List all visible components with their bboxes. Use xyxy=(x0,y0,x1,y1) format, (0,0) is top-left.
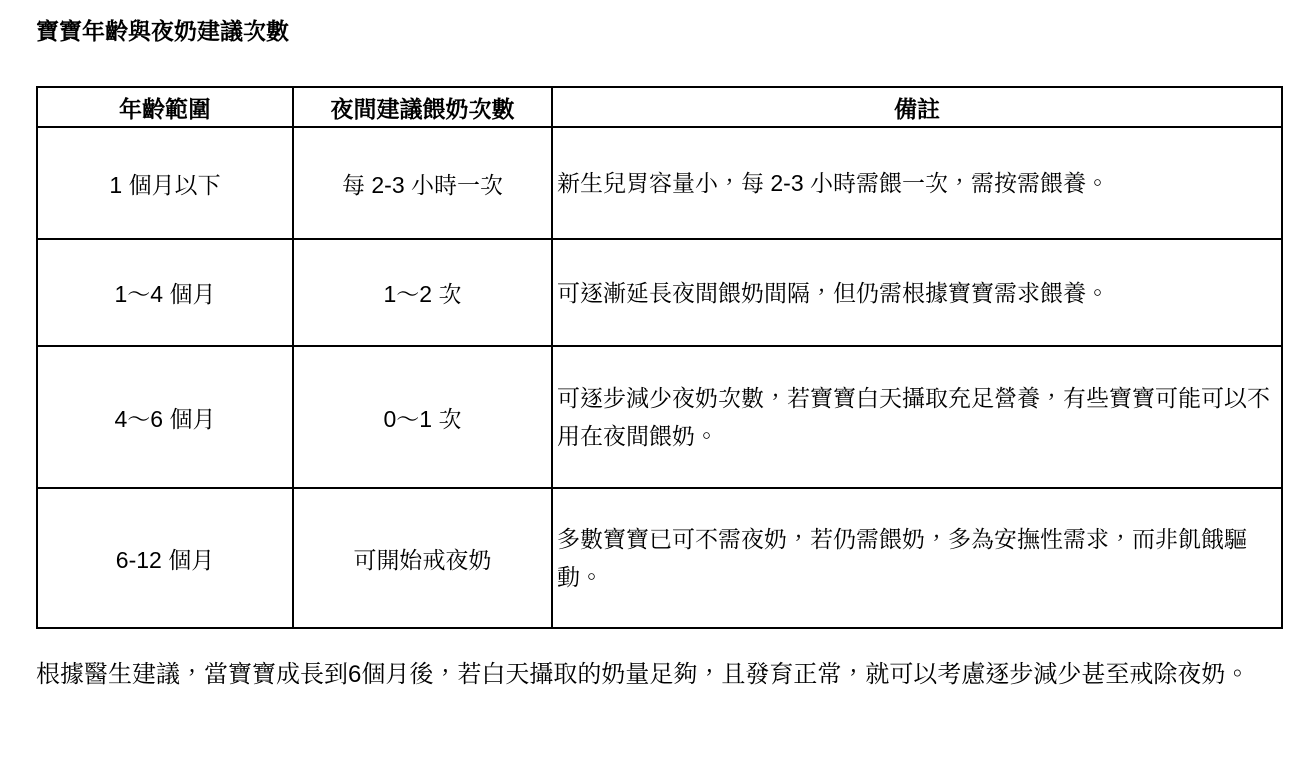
document-page: 寶寶年齡與夜奶建議次數 年齡範圍 夜間建議餵奶次數 備註 1 個月以下 每 2-… xyxy=(0,0,1316,762)
page-title: 寶寶年齡與夜奶建議次數 xyxy=(36,16,1281,46)
frequency-cell: 0～1 次 xyxy=(293,346,552,488)
frequency-cell: 每 2-3 小時一次 xyxy=(293,127,552,239)
table-header-row: 年齡範圍 夜間建議餵奶次數 備註 xyxy=(37,87,1282,127)
age-cell: 1 個月以下 xyxy=(37,127,293,239)
header-cell-notes: 備註 xyxy=(552,87,1282,127)
note-cell: 可逐漸延長夜間餵奶間隔，但仍需根據寶寶需求餵養。 xyxy=(552,239,1282,346)
note-cell: 新生兒胃容量小，每 2-3 小時需餵一次，需按需餵養。 xyxy=(552,127,1282,239)
note-cell: 多數寶寶已可不需夜奶，若仍需餵奶，多為安撫性需求，而非飢餓驅動。 xyxy=(552,488,1282,628)
table-row: 1～4 個月 1～2 次 可逐漸延長夜間餵奶間隔，但仍需根據寶寶需求餵養。 xyxy=(37,239,1282,346)
table-row: 1 個月以下 每 2-3 小時一次 新生兒胃容量小，每 2-3 小時需餵一次，需… xyxy=(37,127,1282,239)
table-row: 4～6 個月 0～1 次 可逐步減少夜奶次數，若寶寶白天攝取充足營養，有些寶寶可… xyxy=(37,346,1282,488)
header-cell-night-feeding-count: 夜間建議餵奶次數 xyxy=(293,87,552,127)
frequency-cell: 1～2 次 xyxy=(293,239,552,346)
table-row: 6-12 個月 可開始戒夜奶 多數寶寶已可不需夜奶，若仍需餵奶，多為安撫性需求，… xyxy=(37,488,1282,628)
doctor-advice-note: 根據醫生建議，當寶寶成長到6個月後，若白天攝取的奶量足夠，且發育正常，就可以考慮… xyxy=(36,655,1282,695)
age-cell: 1～4 個月 xyxy=(37,239,293,346)
age-cell: 4～6 個月 xyxy=(37,346,293,488)
note-cell: 可逐步減少夜奶次數，若寶寶白天攝取充足營養，有些寶寶可能可以不用在夜間餵奶。 xyxy=(552,346,1282,488)
header-cell-age-range: 年齡範圍 xyxy=(37,87,293,127)
feeding-schedule-table: 年齡範圍 夜間建議餵奶次數 備註 1 個月以下 每 2-3 小時一次 新生兒胃容… xyxy=(36,86,1283,629)
age-cell: 6-12 個月 xyxy=(37,488,293,628)
frequency-cell: 可開始戒夜奶 xyxy=(293,488,552,628)
